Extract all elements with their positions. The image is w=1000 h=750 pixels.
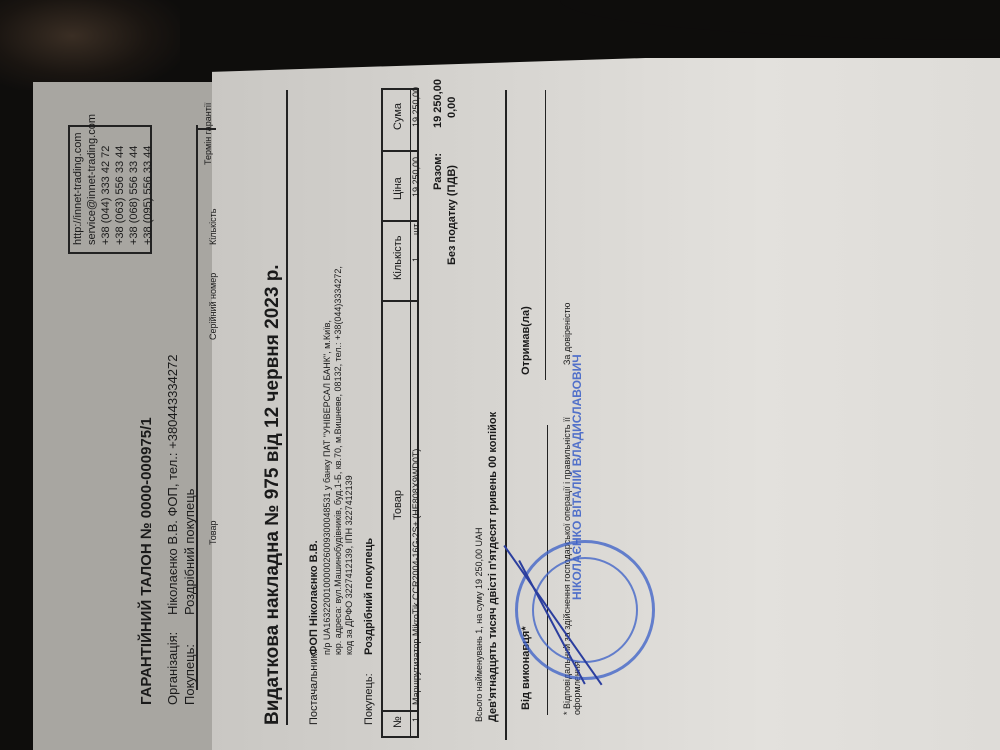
table-col-divider: [381, 150, 419, 152]
col-header-sum: Сума: [392, 103, 404, 130]
table-col-divider: [381, 220, 419, 222]
col-header-no: №: [392, 716, 404, 728]
contact-phone-4: +38 (095) 556 33 44: [142, 146, 154, 245]
row-sum: 19 250,00: [411, 87, 421, 127]
contact-website[interactable]: http://innet-trading.com: [72, 132, 84, 245]
total-label: Разом:: [432, 153, 444, 190]
title-underline: [286, 90, 288, 725]
warranty-buyer-label: Покупець:: [182, 644, 197, 705]
contact-phone-3: +38 (068) 556 33 44: [128, 146, 140, 245]
row-qty: 1: [411, 257, 421, 262]
amount-underline: [505, 90, 507, 740]
supplier-codes: код за ДРФО 3227412139, ІПН 3227412139: [344, 475, 354, 655]
warranty-col-term: Термін гарантії: [203, 103, 213, 165]
table-col-divider: [381, 710, 419, 712]
warranty-org-label: Організація:: [165, 632, 180, 705]
supplier-name: ФОП Ніколаєнко В.В.: [308, 540, 320, 655]
row-no: 1: [411, 717, 421, 722]
warranty-col-serial: Серійний номер: [208, 273, 218, 340]
received-signature-line: [545, 90, 546, 380]
amount-in-words: Дев'ятнадцять тисяч двісті п'ятдесят гри…: [487, 412, 499, 722]
buyer-value: Роздрібний покупець: [363, 538, 375, 655]
vat-value: 0,00: [446, 97, 458, 118]
invoice-title: Видаткова накладна № 975 від 12 червня 2…: [262, 264, 284, 725]
warranty-title: ГАРАНТІЙНИЙ ТАЛОН № 0000-000975/1: [138, 417, 155, 705]
vat-label: Без податку (ПДВ): [446, 165, 458, 265]
paper-curl-shadow: [560, 0, 1000, 40]
supplier-label: Постачальник:: [308, 651, 320, 725]
col-header-item: Товар: [392, 490, 404, 520]
warranty-col-qty: Кількість: [208, 209, 218, 245]
stamp-text: НІКОЛАЄНКО ВІТАЛІЙ ВЛАДИСЛАВОВИЧ: [570, 354, 584, 600]
supplier-address: юр. адреса: вул.Машинобудівників, буд.1-…: [333, 266, 343, 655]
warranty-table-border: [196, 125, 198, 690]
supplier-account: п/р UA163220010000026009300048531 у банк…: [322, 320, 332, 655]
contact-email[interactable]: service@innet-trading.com: [86, 114, 98, 245]
table-col-divider: [381, 300, 419, 302]
row-price: 19 250,00: [411, 157, 421, 197]
warranty-col-item: Товар: [208, 521, 218, 546]
received-label: Отримав(ла): [520, 306, 532, 375]
contact-phone-2: +38 (063) 556 33 44: [114, 146, 126, 245]
buyer-label: Покупець:: [363, 673, 375, 725]
col-header-qty: Кількість: [392, 235, 404, 280]
summary-line: Всього найменувань 1, на суму 19 250,00 …: [474, 527, 484, 722]
row-unit: шт: [411, 224, 421, 235]
warranty-buyer-value: Роздрібний покупець: [182, 489, 197, 615]
warranty-org-value: Ніколаєнко В.В. ФОП, тел.: +380443334272: [165, 355, 180, 615]
background-object: [0, 0, 180, 90]
contact-phone-1: +38 (044) 333 42 72: [100, 146, 112, 245]
total-value: 19 250,00: [432, 79, 444, 128]
col-header-price: Ціна: [392, 177, 404, 200]
row-item: Маршрутизатор MikroTik CCR2004-16G-2S+ (…: [411, 449, 421, 705]
